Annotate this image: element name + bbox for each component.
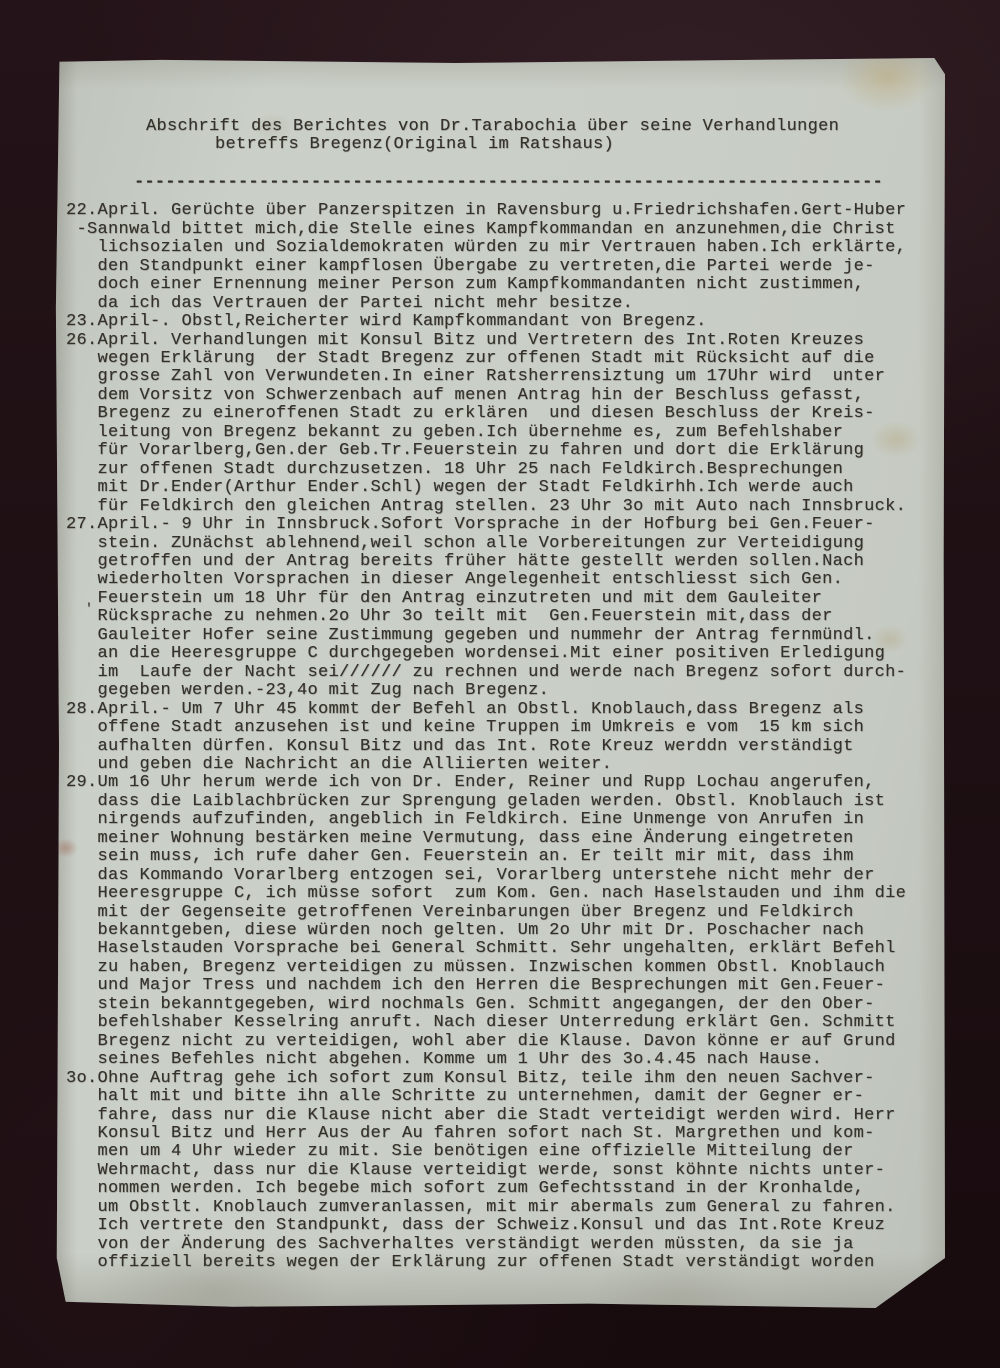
document-body: 22.April. Gerüchte über Panzerspitzen in… [66,202,945,1272]
document-title-line1: Abschrift des Berichtes von Dr.Tarabochi… [146,118,945,136]
text-line: seines Befehles nicht abgehen. Komme um … [66,1051,945,1069]
stray-pen-mark: / [434,1337,446,1357]
stray-tick-mark: ' [85,600,93,618]
text-line: getroffen und der Antrag bereits früher … [66,553,945,571]
text-line: Heeresgruppe C, ich müsse sofort zum Kom… [66,885,945,903]
text-line: Rücksprache zu nehmen.2o Uhr 3o teilt mi… [66,608,945,626]
text-line: meiner Wohnung bestärken meine Vermutung… [66,830,945,848]
document-title-line2: betreffs Bregenz(Original im Ratshaus) [215,136,945,154]
text-line: und Major Tress und nachdem ich den Herr… [66,977,945,995]
text-line: dass die Laiblachbrücken zur Sprengung g… [66,793,945,811]
text-line: für Feldkirch den gleichen Antrag stelle… [66,498,945,516]
text-line: lichsozialen und Sozialdemokraten würden… [66,239,945,257]
text-line: offiziell bereits wegen der Erklärung zu… [66,1254,945,1272]
text-line: 28.April.- Um 7 Uhr 45 kommt der Befehl … [66,701,945,719]
text-line: sein muss, ich rufe daher Gen. Feuerstei… [66,848,945,866]
text-line: 22.April. Gerüchte über Panzerspitzen in… [66,202,945,220]
text-line: für Vorarlberg,Gen.der Geb.Tr.Feuerstein… [66,442,945,460]
text-line: von der Änderung des Sachverhaltes verst… [66,1236,945,1254]
text-line: Bregenz nicht zu verteidigen, wohl aber … [66,1033,945,1051]
text-line: dem Vorsitz von Schwerzenbach auf menen … [66,387,945,405]
text-line: an die Heeresgruppe C durchgegeben worde… [66,645,945,663]
text-line: offene Stadt anzusehen ist und keine Tru… [66,719,945,737]
text-line: und geben die Nachricht an die Alliierte… [66,756,945,774]
text-line: fahre, dass nur die Klause nicht aber di… [66,1107,945,1125]
text-line: doch einer Ernennung meiner Person zum K… [66,276,945,294]
text-line: aufhalten dürfen. Konsul Bitz und das In… [66,738,945,756]
text-line: im Laufe der Nacht sei////// zu rechnen … [66,664,945,682]
text-line: nommen werden. Ich begebe mich sofort zu… [66,1180,945,1198]
text-line: da ich das Vertrauen der Partei nicht me… [66,295,945,313]
text-line: Wehrmacht, dass nur die Klause verteidig… [66,1162,945,1180]
text-line: leitung von Bregenz bekannt zu geben.Ich… [66,424,945,442]
text-line: stein. ZUnächst ablehnend,weil schon all… [66,535,945,553]
text-line: men um 4 Uhr wieder zu mit. Sie benötige… [66,1143,945,1161]
text-line: um Obstlt. Knoblauch zumveranlassen, mit… [66,1199,945,1217]
text-line: 3o.Ohne Auftrag gehe ich sofort zum Kons… [66,1070,945,1088]
document-page: Abschrift des Berichtes von Dr.Tarabochi… [55,58,945,1308]
text-line: nirgends aufzufinden, angeblich in Feldk… [66,811,945,829]
text-line: 26.April. Verhandlungen mit Konsul Bitz … [66,332,945,350]
divider-dashes: ----------------------------------------… [134,174,945,192]
text-line: den Standpunkt einer kampflosen Übergabe… [66,258,945,276]
text-line: stein bekanntgegeben, wird nochmals Gen.… [66,996,945,1014]
text-line: Feuerstein um 18 Uhr für den Antrag einz… [66,590,945,608]
text-line: mit Dr.Ender(Arthur Ender.Schl) wegen de… [66,479,945,497]
text-line: halt mit und bitte ihn alle Schritte zu … [66,1088,945,1106]
text-line: 29.Um 16 Uhr herum werde ich von Dr. End… [66,774,945,792]
text-line: gegeben werden.-23,4o mit Zug nach Brege… [66,682,945,700]
text-line: grosse Zahl von Verwundeten.In einer Rat… [66,368,945,386]
text-line: Ich vertrete den Standpunkt, dass der Sc… [66,1217,945,1235]
text-line: 27.April.- 9 Uhr in Innsbruck.Sofort Vor… [66,516,945,534]
photo-background: Abschrift des Berichtes von Dr.Tarabochi… [0,0,1000,1368]
text-line: -Sannwald bittet mich,die Stelle eines K… [66,221,945,239]
text-line: zur offenen Stadt durchzusetzen. 18 Uhr … [66,461,945,479]
text-line: Gauleiter Hofer seine Zustimmung gegeben… [66,627,945,645]
text-line: befehlshaber Kesselring anruft. Nach die… [66,1014,945,1032]
text-line: wiederholten Vorsprachen in dieser Angel… [66,571,945,589]
text-line: mit der Gegenseite getroffenen Vereinbar… [66,904,945,922]
text-line: Konsul Bitz und Herr Aus der Au fahren s… [66,1125,945,1143]
text-line: zu haben, Bregenz verteidigen zu müssen.… [66,959,945,977]
text-line: das Kommando Vorarlberg entzogen sei, Vo… [66,867,945,885]
text-line: 23.April-. Obstl,Reicherter wird Kampfko… [66,313,945,331]
text-line: Haselstauden Vorsprache bei General Schm… [66,940,945,958]
text-line: Bregenz zu eineroffenen Stadt zu erkläre… [66,405,945,423]
document-content: Abschrift des Berichtes von Dr.Tarabochi… [55,58,945,1273]
text-line: wegen Erklärung der Stadt Bregenz zur of… [66,350,945,368]
text-line: bekanntgeben, diese würden noch gelten. … [66,922,945,940]
